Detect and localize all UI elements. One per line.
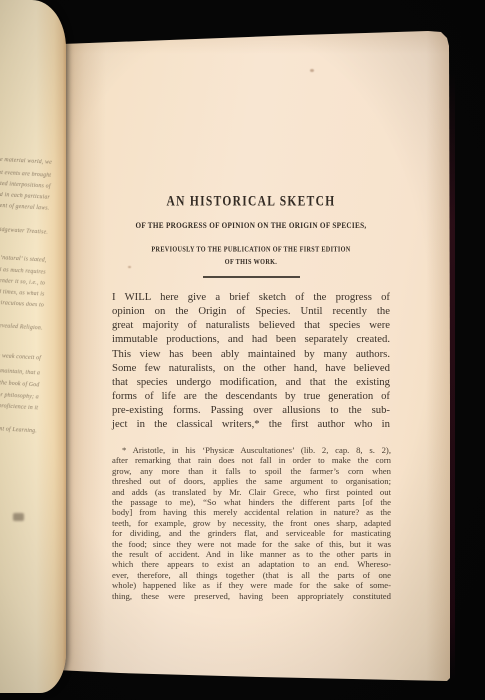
- left-page-fragment-line: an endless progress or proficience in it: [0, 400, 38, 411]
- footnote-line: ever, therefore, all things together (th…: [112, 570, 391, 580]
- footnote-line: whole) happened like as if they were mad…: [112, 580, 391, 590]
- facing-page-edge: with regard to the material world, weper…: [0, 0, 66, 693]
- left-page-fragment-line: since what is natural as much requires: [0, 264, 46, 275]
- left-page-fragment-line: moderation, think or maintain, that a: [0, 365, 40, 376]
- footnote-line: grow, any more than it falls to spoil th…: [112, 466, 391, 476]
- left-page-fragment-line: intelligent agent to render it so, i.e.,…: [0, 275, 45, 286]
- footnote-line: for dividing, and the grinders flat, and…: [112, 528, 391, 538]
- footnote-line: * Aristotle, in his ‘Physicæ Auscultatio…: [112, 445, 391, 455]
- left-page-fragment-line: Bacon: Advancement of Learning.: [0, 424, 37, 435]
- left-page-fragment-line: let no man out of a weak conceit of: [0, 351, 41, 362]
- footnote-line: teeth, for example, grow by necessity, t…: [112, 518, 391, 528]
- footnote-line: and adds (as translated by Mr. Clair Gre…: [112, 487, 391, 497]
- paragraph-line: I WILL here give a brief sketch of the p…: [112, 290, 390, 304]
- footnote-line: which there appears to exist an adaptati…: [112, 559, 391, 569]
- page-speck: [128, 266, 131, 268]
- left-page-fragment-line: with regard to the material world, we: [0, 155, 52, 166]
- footnote-line: threshed out of doors, applies the same …: [112, 476, 391, 486]
- left-page-fragment-line: but by the establishment of general laws…: [0, 200, 49, 212]
- heading-rule: [203, 276, 300, 278]
- page-title: AN HISTORICAL SKETCH: [112, 194, 390, 209]
- left-page-fragment-line: perceive that events are brought: [0, 168, 51, 178]
- book-photo: AN HISTORICAL SKETCH OF THE PROGRESS OF …: [0, 0, 485, 700]
- left-page-fragment-line: power, exerted in each particular: [0, 190, 50, 201]
- paragraph-line: that species undergo modification, and t…: [112, 375, 390, 389]
- publication-note-line: OF THIS WORK.: [112, 256, 390, 268]
- left-page-fragment-line: not by insulated interpositions of: [0, 179, 51, 190]
- left-page-fragment-line: works; divinity or philosophy; a: [0, 390, 39, 401]
- paragraph-line: great majority of naturalists believed t…: [112, 318, 390, 332]
- paragraph-line: Some few naturalists, on the other hand,…: [112, 361, 390, 375]
- left-page-fragment-line: meaning of the word ‘natural’ is stated,: [0, 252, 47, 264]
- footnote-line: the passage to me), “So what hinders the…: [112, 497, 391, 507]
- paragraph-line: immutable productions, and had been sepa…: [112, 332, 390, 346]
- left-page-fragment-line: it continually, at stated times, as what…: [0, 286, 45, 298]
- page-content: AN HISTORICAL SKETCH OF THE PROGRESS OF …: [0, 0, 485, 700]
- paragraph-line: pre-existing forms. Passing over allusio…: [112, 403, 390, 417]
- publication-note: PREVIOUSLY TO THE PUBLICATION OF THE FIR…: [112, 244, 390, 268]
- footnote-line: the food; since they were not made for t…: [112, 539, 391, 549]
- paragraph-line: opinion on the Origin of Species. Until …: [112, 304, 390, 318]
- page-subtitle: OF THE PROGRESS OF OPINION ON THE ORIGIN…: [104, 221, 398, 230]
- body-paragraph: I WILL here give a brief sketch of the p…: [112, 290, 390, 432]
- paragraph-line: ject in the classical writers,* the firs…: [112, 417, 390, 431]
- left-page-fragments: with regard to the material world, weper…: [0, 0, 66, 692]
- paragraph-line: forms of life are the descendants by tru…: [112, 389, 390, 403]
- ink-smudge: [13, 513, 24, 521]
- publication-note-line: PREVIOUSLY TO THE PUBLICATION OF THE FIR…: [112, 244, 390, 256]
- left-page-fragment-line: too well studied in the book of God: [0, 378, 40, 389]
- page-speck: [310, 69, 314, 72]
- paragraph-line: This view has been ably maintained by ma…: [112, 347, 390, 361]
- footnote-line: thing, these were preserved, having been…: [112, 591, 391, 601]
- footnote-line: the result of accident. And in like mann…: [112, 549, 391, 559]
- left-page-fragment-line: supernatural or miraculous does to: [0, 298, 44, 309]
- left-page-fragment-line: Whewell: Bridgewater Treatise.: [0, 225, 48, 235]
- footnote-line: body] from having this merely accidental…: [112, 507, 391, 517]
- footnote-block: * Aristotle, in his ‘Physicæ Auscultatio…: [112, 445, 391, 601]
- footnote-line: after remarking that rain does not fall …: [112, 455, 391, 465]
- left-page-fragment-line: Butler: Analogy of Revealed Religion.: [0, 320, 43, 331]
